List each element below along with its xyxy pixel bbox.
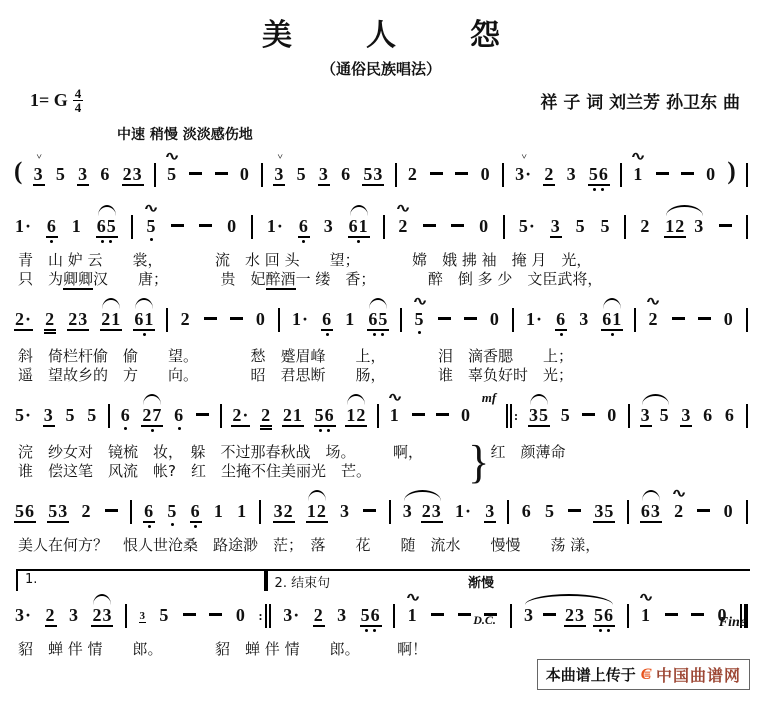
note: 5· [14,391,33,435]
lyric-segment: 醉酒 [266,270,296,290]
note: 1· [454,487,473,531]
note: 3 [339,487,351,531]
note-number [454,163,469,184]
note: 3 [566,150,578,194]
note: 2 [407,150,419,194]
slur-group: 65 [367,295,389,341]
volta-1: 1. [16,569,266,591]
lyric-segment: 谁 偿这笔 风流 帐? 红 尘掩不住美丽光 芒。 [18,462,371,480]
note-number: 23 [122,163,144,186]
dash-line [436,413,449,416]
note: >3· [514,150,533,194]
lyric-row: 遥 望故乡的 方 向。 昭 君思断 肠， 谁 辜负好时 光； [18,366,750,385]
duration-dash [195,391,210,435]
note-number: 3 [566,163,578,184]
note-number [697,308,712,329]
rest-note: 0 [723,487,735,531]
bar-stroke [130,500,132,524]
note: 12 [664,202,686,248]
note: >3 [33,150,45,196]
note: 12 [306,487,328,533]
lyric-segment: 只 为 [18,270,63,288]
duration-dash [188,150,203,194]
note: 3 [43,391,55,437]
note: ∿5 [414,295,426,339]
music-line-6: 3·2323350:3·2356∿132356∿10 [12,591,750,637]
mordent-icon: ∿ [631,150,646,163]
note-number: 56 [593,604,615,627]
note: 5 [560,391,572,435]
volta-2-label: 2. 结束句 [275,572,331,591]
note-number: 23 [67,308,89,331]
duration-dash [229,295,244,339]
barline [634,295,636,332]
note-number: 0 [460,404,472,425]
note-number: 3 [680,404,692,427]
score-area: (>353623∿50>35365320>3·2356∿10)1·6165∿50… [12,150,750,659]
note: 56 [314,391,336,437]
note-number [671,308,686,329]
lyric-row: 浣 纱女对 镜梳 妆， 躲 不过那春秋战 场。 啊， 红 颜薄命 [18,443,750,462]
note-number: 2 [45,604,57,627]
dash-line [430,172,443,175]
note-number: 3 [339,500,351,521]
barline-group [278,308,280,332]
note-number: 5 [86,404,98,425]
note-number: 3 [523,604,535,625]
watermark-box: 本曲谱上传于 C≡ 中国曲谱网 [537,659,750,690]
barline [746,391,748,428]
note: 23 [421,487,443,533]
note-number [182,604,197,625]
note-number [457,604,472,625]
bar-stroke [251,215,253,239]
barline [507,487,509,524]
watermark-prefix: 本曲谱上传于 [546,664,636,685]
accent-icon: > [517,154,530,159]
bar-stroke [393,604,395,628]
note: 56 [588,150,610,196]
duration-dash [463,295,478,339]
dash-line [698,317,711,320]
octave-dots [148,523,151,533]
barline-group [628,404,630,428]
note-number: 0 [723,500,735,521]
note-number: 5· [518,215,537,236]
note-number: 3 [550,215,562,238]
sheet-music-page: 美 人 怨 （通俗民族唱法） 1= G 4 4 祥 子 词 刘兰芳 孙卫东 曲 … [0,0,762,720]
note-number: 12 [664,215,686,238]
note: 1· [525,295,544,339]
volta-2: 2. 结束句渐慢 [266,569,750,591]
note: 2 [44,295,56,344]
note-number [104,500,119,521]
note: 6 [99,150,111,194]
note: 12 [345,391,367,437]
paren-glyph: ( [14,158,22,186]
octave-dots [593,186,604,196]
note: 3· [14,591,33,635]
note-number: 5 [55,163,67,184]
bar-stroke [627,500,629,524]
lyric-segment: 斜 倚栏杆偷 偷 望。 愁 蹙眉峰 上， 泪 滴香腮 上； [18,347,573,365]
note: 21 [282,391,304,437]
slur-group: 35 [528,391,550,437]
note-number: 1· [291,308,310,329]
barline [251,202,253,239]
note-number: 6 [521,500,533,521]
note: 5 [55,150,67,194]
note: 6 [702,391,714,435]
barline: : [258,591,270,628]
barline [627,591,629,628]
note-number: 6 [724,404,736,425]
rest-note: 0 [489,295,501,339]
lyric-segment: 美人在何方？ 恨人世沧桑 路途渺 茫； 落 花 随 流水 慢慢 荡 漾， [18,536,600,554]
system-3: 2·2232161201·6165∿501·6361∿20斜 倚栏杆偷 偷 望。… [12,295,750,385]
lyric-row: 只 为卿卿汉 唐； 贵 妃醉酒一 缕 香； 醉 倒 多 少 文臣武将， [18,270,750,289]
dash-line [568,509,581,512]
duration-dash [411,391,426,435]
note-number [422,215,437,236]
dash-line [681,172,694,175]
note-number [188,163,203,184]
note: 1 [213,487,225,531]
note-number: 2 [673,500,685,521]
mf-label: mf [482,391,496,404]
note: 2· [231,391,250,437]
lyrics-wrap: 青 山 妒 云 裳， 流 水 回 头 望； 嫦 娥 拂 袖 掩 月 光，只 为卿… [18,251,750,289]
bar-stroke [125,604,127,628]
barline [620,150,622,187]
slur-group: 65 [96,202,118,248]
note: 65 [367,295,389,341]
slur-group: 123 [664,202,705,248]
site-logo-icon: C≡ [641,666,651,684]
dash-line [665,613,678,616]
note: 3 [68,591,80,635]
duration-dash [435,391,450,435]
slur-group: 61 [348,202,370,248]
note: 6 [321,295,333,341]
bar-stroke [634,308,636,332]
note-number: 6 [143,500,155,523]
note-number: 0 [723,308,735,329]
watermark-row: 本曲谱上传于 C≡ 中国曲谱网 [12,659,750,690]
note-number: 23 [91,604,113,627]
barline-group [125,604,127,628]
note-number: 23 [421,500,443,523]
note: 3 [336,591,348,635]
duration-dash [430,591,445,635]
music-line-1: (>353623∿50>35365320>3·2356∿10) [12,150,750,196]
mordent-icon: ∿ [387,391,402,404]
note-number: 1 [407,604,419,625]
duration-dash [690,591,705,635]
note: 5· [518,202,537,246]
barline-group [108,404,110,428]
note: 6 [173,391,185,435]
barline [389,487,391,524]
barline [624,202,626,239]
note-number: 2 [407,163,419,184]
note: 63 [640,487,662,533]
note-number: 5 [414,308,426,329]
note-number [430,604,445,625]
barline [393,591,395,628]
barline [502,150,504,187]
note: 56 [593,591,615,637]
bar-stroke [746,163,748,187]
note-number [655,163,670,184]
note: 23 [91,591,113,637]
note-number [718,215,733,236]
duration-dash [429,150,444,194]
barline-group [393,604,395,628]
barline [259,487,261,524]
duration-dash [457,591,472,635]
barline-group [510,604,512,628]
note-number: 0 [606,404,618,425]
octave-dots [319,427,330,437]
note: 5 [575,202,587,246]
lyrics-wrap: 浣 纱女对 镜梳 妆， 躲 不过那春秋战 场。 啊， 红 颜薄命谁 偿这笔 风流… [18,443,750,481]
note-number: 12 [345,404,367,427]
repeat-dots-icon: : [258,608,262,624]
note: 23 [564,591,586,637]
note: 2 [543,150,555,196]
note-number: 21 [282,404,304,427]
dash-line [691,613,704,616]
note: 61 [348,202,370,248]
key-prefix: 1= G [30,90,68,111]
barline [510,591,512,628]
dash-line [455,172,468,175]
dash-line [672,317,685,320]
spacer [487,404,491,425]
note-number: 1 [640,604,652,625]
note: 32 [273,487,295,533]
note: 5 [166,487,178,531]
note-number: 6 [298,215,310,238]
bar-stroke [620,163,622,187]
meter-numerator: 4 [73,87,84,101]
dynamic-mf: mf [482,391,496,435]
octave-dots [357,238,360,248]
duration-dash [655,150,670,194]
note: 5 [86,391,98,435]
note-number [696,500,711,521]
duration-dash [182,591,197,635]
duration-dash [450,202,465,246]
note: 35 [528,391,550,437]
duration-dash [362,487,377,531]
note-number: 1 [344,308,356,329]
note: 2 [180,295,192,339]
slur-group: 21 [100,295,122,341]
rest-note: 0 [606,391,618,435]
note-number: 56 [588,163,610,186]
note: ∿1 [640,591,652,635]
note-number: 61 [133,308,155,331]
grace-row: 3 [138,604,147,625]
song-subtitle: （通俗民族唱法） [12,58,750,79]
music-line-2: 1·6165∿501·6361∿205·3552123 [12,202,750,248]
slur-group: 32356 [523,591,615,637]
note-number: 6 [99,163,111,184]
lyric-row: 貂 蝉 伴 情 郎。 貂 蝉 伴 情 郎。 啊！ [18,640,750,659]
barline [131,202,133,239]
note-number: 3 [578,308,590,329]
note: 5 [659,391,671,437]
note-number [214,163,229,184]
note-number: 1· [266,215,285,236]
octave-dots [124,425,127,435]
note-number: 6 [702,404,714,425]
barline-group [377,404,379,428]
lyrics-wrap: 斜 倚栏杆偷 偷 望。 愁 蹙眉峰 上， 泪 滴香腮 上；遥 望故乡的 方 向。… [18,347,750,385]
barline [628,391,630,428]
paren-glyph: ) [727,158,735,186]
note-number: 2 [44,308,56,334]
barline-group [383,215,385,239]
note-number: 27 [141,404,163,427]
dash-line [412,413,425,416]
note-number [567,500,582,521]
octave-dots [151,427,154,437]
note-number: 1· [454,500,473,521]
accent-icon: > [32,154,45,159]
note: 6 [298,202,310,248]
barline [154,150,156,187]
dash-line [189,172,202,175]
note-number: 32 [273,500,295,523]
dash-line [171,224,184,227]
dc-al-capo-mark: D.C. [473,613,496,628]
note: 6 [521,487,533,531]
duration-dash [697,295,712,339]
note-number: 3 [323,215,335,236]
barline-group [620,163,622,187]
barline [377,391,379,428]
paren: ) [727,150,735,186]
barline [395,150,397,187]
barline [130,487,132,524]
duration-dash [454,150,469,194]
note-number [195,404,210,425]
volta-brackets: 1.2. 结束句渐慢 [16,569,750,591]
barline-group [220,404,222,428]
note-number: 56 [360,604,382,627]
dash-line [719,224,732,227]
duration-dash [214,150,229,194]
note-number: 35 [593,500,615,523]
note: 3 [523,591,535,637]
bar-stroke [265,604,267,628]
note-number: 0 [480,163,492,184]
note-number: 3· [282,604,301,625]
music-line-4: 5·35562762·2215612∿10mf:355035366 [12,391,750,440]
bar-stroke [627,604,629,628]
barline [166,295,168,332]
duration-dash [208,591,223,635]
dash-line [543,613,556,616]
note-number [411,404,426,425]
song-title: 美 人 怨 [12,10,750,54]
note: 3 [77,150,89,196]
note: 5 [296,150,308,194]
note-number: 63 [640,500,662,523]
dash-line [215,172,228,175]
note: 2· [14,295,33,341]
barline-group [389,500,391,524]
note: 2 [260,391,272,440]
dash-line [105,509,118,512]
note: 3 [578,295,590,339]
bar-stroke [624,215,626,239]
dash-line [656,172,669,175]
note: 5 [544,487,556,531]
note-number: 2 [260,404,272,430]
site-name: 中国曲谱网 [656,663,741,686]
dash-line [458,613,471,616]
note-number [542,604,557,625]
barline [108,391,110,428]
barline-group [512,308,514,332]
lyric-segment: 汉 唐； 贵 妃 [93,270,266,288]
note-number: 2 [80,500,92,521]
note-number: 3· [14,604,33,625]
note-number: 0 [235,604,247,625]
barline-group [130,500,132,524]
bar-stroke [506,404,508,428]
lyrics-wrap: 貂 蝉 伴 情 郎。 貂 蝉 伴 情 郎。 啊！ [18,640,750,659]
barline: : [506,391,518,428]
note-number: 5 [600,215,612,236]
barline-group [259,500,261,524]
bar-stroke [510,404,512,428]
barline-group [166,308,168,332]
note-number: 6 [173,404,185,425]
key-credits-row: 1= G 4 4 祥 子 词 刘兰芳 孙卫东 曲 [12,87,750,114]
dash-line [582,413,595,416]
note-number: 5 [166,163,178,184]
barline [746,487,748,524]
rest-note: 0 [480,150,492,194]
note: 27 [141,391,163,437]
bar-stroke [269,604,271,628]
rest-note: 0 [705,150,717,194]
note-number: 56 [314,404,336,427]
note-number: 53 [47,500,69,523]
dash-line [363,509,376,512]
logo-lines: ≡ [643,670,651,680]
dash-line [697,509,710,512]
note-number: 3 [33,163,45,186]
note: ∿2 [397,202,409,246]
note: 3· [282,591,301,635]
note: 6 [555,295,567,341]
note-number [170,215,185,236]
note: 3 [402,487,414,533]
barline-group [503,215,505,239]
rest-note: 0 [255,295,267,339]
bar-stroke [261,163,263,187]
octave-dots [418,329,421,339]
note: 3 [323,202,335,246]
lyric-segment: 卿卿 [63,270,93,290]
barline [220,391,222,428]
